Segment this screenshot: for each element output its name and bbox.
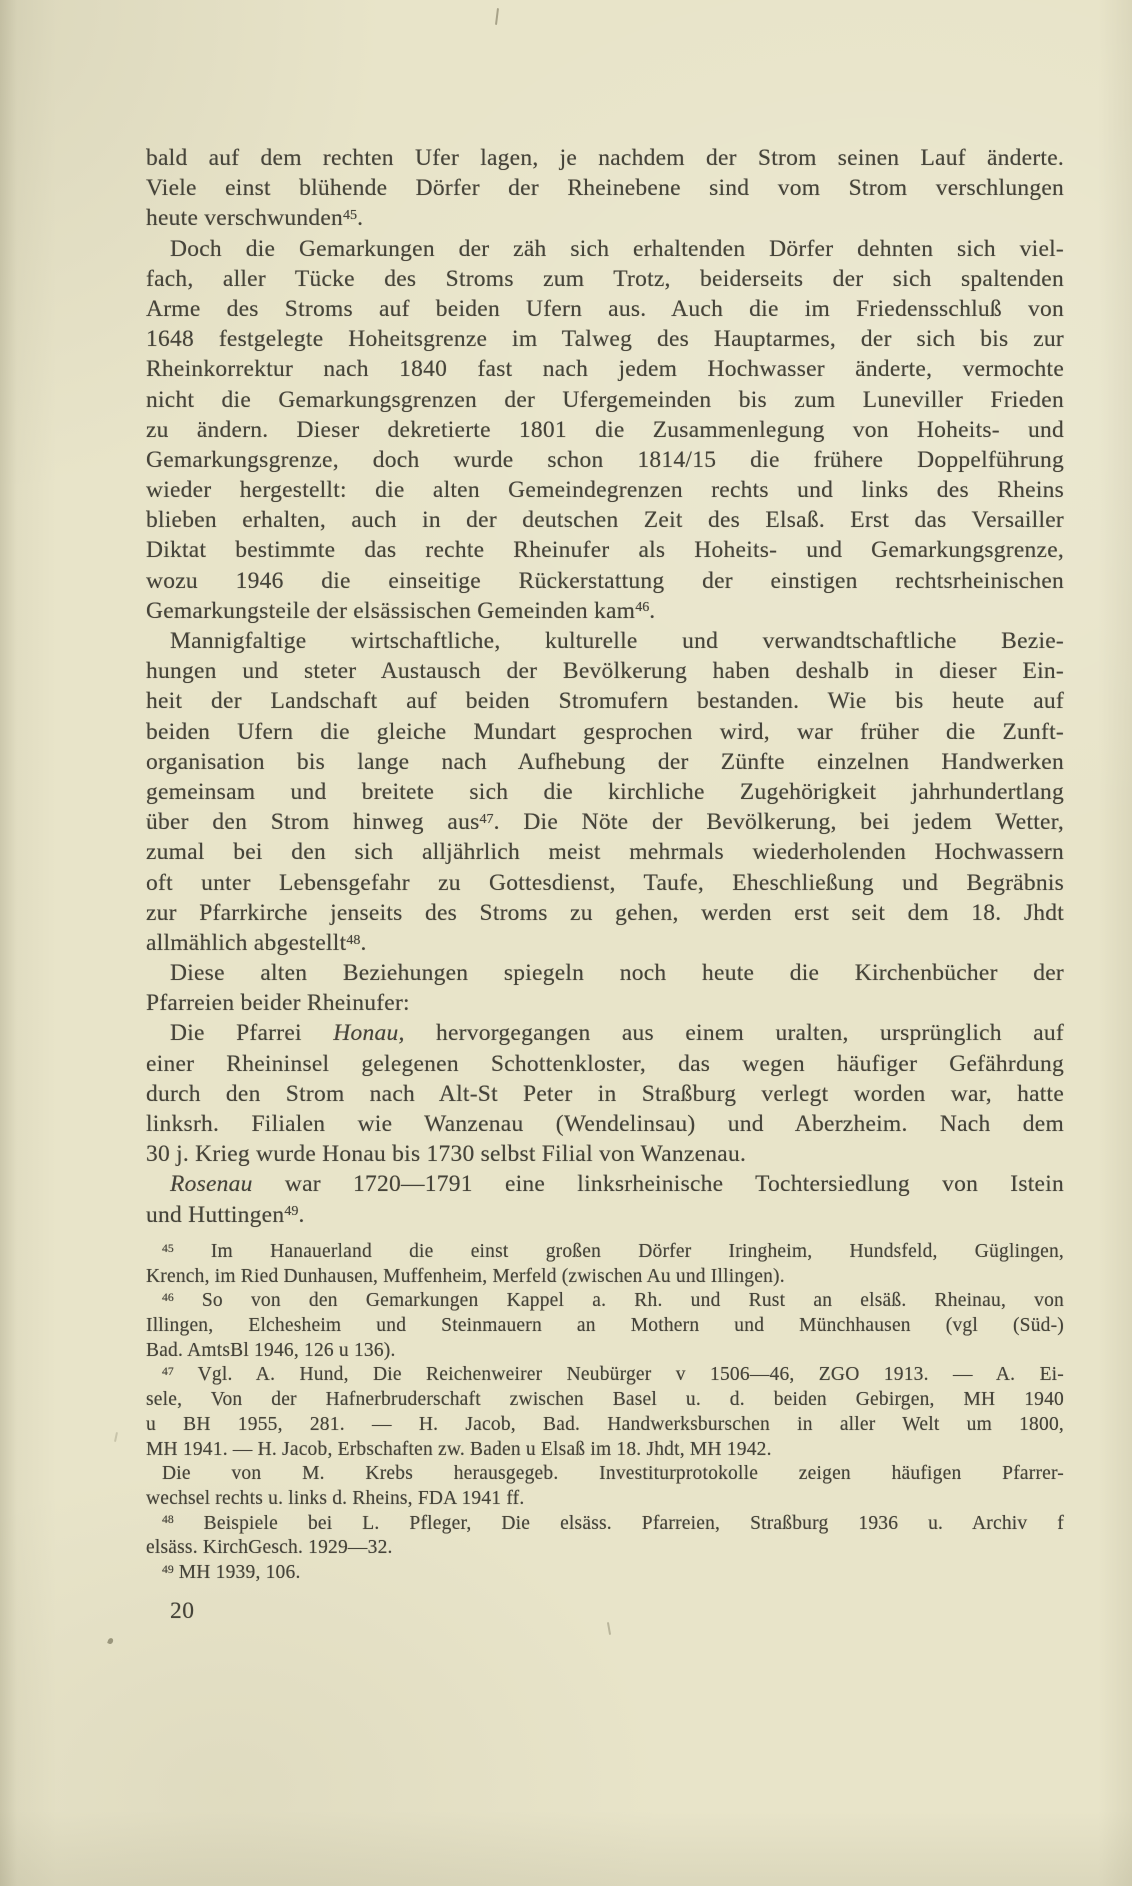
paragraph: Rosenau war 1720—1791 eine linksrheinisc… xyxy=(146,1169,1064,1229)
text-segment: Gemarkungsgrenze, doch wurde schon 1814/… xyxy=(146,447,1064,473)
text-line: 30 j. Krieg wurde Honau bis 1730 selbst … xyxy=(146,1139,1064,1169)
text-line: Die von M. Krebs herausgegeb. Investitur… xyxy=(146,1462,1064,1487)
footnote-marker: 47 xyxy=(162,1365,174,1378)
text-segment: Mannigfaltige wirtschaftliche, kulturell… xyxy=(170,628,1064,654)
body-text: bald auf dem rechten Ufer lagen, je nach… xyxy=(146,143,1064,1230)
text-segment: Illingen, Elchesheim und Steinmauern an … xyxy=(146,1315,1064,1336)
text-segment: MH 1941. — H. Jacob, Erbschaften zw. Bad… xyxy=(146,1439,772,1460)
text-segment: Die von M. Krebs herausgegeb. Investitur… xyxy=(162,1463,1064,1484)
text-line: Rosenau war 1720—1791 eine linksrheinisc… xyxy=(146,1169,1064,1199)
text-line: über den Strom hinweg aus47. Die Nöte de… xyxy=(146,807,1064,837)
text-segment: Beispiele bei L. Pfleger, Die elsäss. Pf… xyxy=(174,1513,1064,1534)
text-segment: oft unter Lebensgefahr zu Gottesdienst, … xyxy=(146,870,1064,896)
text-segment: Viele einst blühende Dörfer der Rheinebe… xyxy=(146,175,1064,201)
text-segment: gemeinsam und breitete sich die kirchlic… xyxy=(146,779,1064,805)
text-segment: Rheinkorrektur nach 1840 fast nach jedem… xyxy=(146,356,1064,382)
text-line: hungen und steter Austausch der Bevölker… xyxy=(146,656,1064,686)
footnote-marker: 45 xyxy=(162,1242,174,1255)
text-line: bald auf dem rechten Ufer lagen, je nach… xyxy=(146,143,1064,173)
text-line: Gemarkungsteile der elsässischen Gemeind… xyxy=(146,596,1064,626)
text-line: zumal bei den sich alljährlich meist meh… xyxy=(146,837,1064,867)
text-segment: Bad. AmtsBl 1946, 126 u 136). xyxy=(146,1340,396,1361)
text-line: MH 1941. — H. Jacob, Erbschaften zw. Bad… xyxy=(146,1438,1064,1463)
text-segment: Krench, im Ried Dunhausen, Muffenheim, M… xyxy=(146,1266,785,1287)
text-line: Doch die Gemarkungen der zäh sich erhalt… xyxy=(146,234,1064,264)
text-segment: linksrh. Filialen wie Wanzenau (Wendelin… xyxy=(146,1111,1064,1137)
text-line: 46 So von den Gemarkungen Kappel a. Rh. … xyxy=(146,1289,1064,1314)
text-line: Illingen, Elchesheim und Steinmauern an … xyxy=(146,1314,1064,1339)
text-line: wozu 1946 die einseitige Rückerstattung … xyxy=(146,566,1064,596)
text-line: allmählich abgestellt48. xyxy=(146,928,1064,958)
text-segment: heit der Landschaft auf beiden Stromufer… xyxy=(146,688,1064,714)
text-line: elsäss. KirchGesch. 1929—32. xyxy=(146,1536,1064,1561)
text-segment: wechsel rechts u. links d. Rheins, FDA 1… xyxy=(146,1488,524,1509)
text-segment: . xyxy=(357,205,363,231)
text-line: fach, aller Tücke des Stroms zum Trotz, … xyxy=(146,264,1064,294)
text-line: Bad. AmtsBl 1946, 126 u 136). xyxy=(146,1339,1064,1364)
text-line: Rheinkorrektur nach 1840 fast nach jedem… xyxy=(146,354,1064,384)
scan-speck xyxy=(607,1622,611,1635)
footnote-45: 45 Im Hanauerland die einst großen Dörfe… xyxy=(146,1240,1064,1289)
text-line: 45 Im Hanauerland die einst großen Dörfe… xyxy=(146,1240,1064,1265)
italic-text: Honau, xyxy=(333,1020,404,1046)
text-line: zur Pfarrkirche jenseits des Stroms zu g… xyxy=(146,898,1064,928)
footnote-marker: 48 xyxy=(162,1513,174,1526)
text-segment: So von den Gemarkungen Kappel a. Rh. und… xyxy=(174,1290,1064,1311)
paragraph: Mannigfaltige wirtschaftliche, kulturell… xyxy=(146,626,1064,958)
text-line: beiden Ufern die gleiche Mundart gesproc… xyxy=(146,717,1064,747)
text-segment: . xyxy=(360,930,366,956)
footnote-47: 47 Vgl. A. Hund, Die Reichenweirer Neubü… xyxy=(146,1363,1064,1511)
footnote-marker: 46 xyxy=(162,1291,174,1304)
text-segment: zumal bei den sich alljährlich meist meh… xyxy=(146,839,1064,865)
text-line: Gemarkungsgrenze, doch wurde schon 1814/… xyxy=(146,445,1064,475)
text-segment: Diese alten Beziehungen spiegeln noch he… xyxy=(170,960,1064,986)
footnote-48: 48 Beispiele bei L. Pfleger, Die elsäss.… xyxy=(146,1512,1064,1561)
footnote-46: 46 So von den Gemarkungen Kappel a. Rh. … xyxy=(146,1289,1064,1363)
text-segment: zur Pfarrkirche jenseits des Stroms zu g… xyxy=(146,900,1064,926)
text-line: 49 MH 1939, 106. xyxy=(146,1561,1064,1586)
text-line: gemeinsam und breitete sich die kirchlic… xyxy=(146,777,1064,807)
text-line: Pfarreien beider Rheinufer: xyxy=(146,988,1064,1018)
paragraph: Diese alten Beziehungen spiegeln noch he… xyxy=(146,958,1064,1018)
text-segment: zu ändern. Dieser dekretierte 1801 die Z… xyxy=(146,417,1064,443)
text-line: linksrh. Filialen wie Wanzenau (Wendelin… xyxy=(146,1109,1064,1139)
scan-speck xyxy=(114,1432,118,1442)
text-segment: Gemarkungsteile der elsässischen Gemeind… xyxy=(146,598,635,624)
text-segment: wozu 1946 die einseitige Rückerstattung … xyxy=(146,568,1064,594)
text-line: wechsel rechts u. links d. Rheins, FDA 1… xyxy=(146,1487,1064,1512)
text-line: heute verschwunden45. xyxy=(146,203,1064,233)
text-line: Mannigfaltige wirtschaftliche, kulturell… xyxy=(146,626,1064,656)
text-segment: beiden Ufern die gleiche Mundart gesproc… xyxy=(146,719,1064,745)
text-segment: . Die Nöte der Bevölkerung, bei jedem We… xyxy=(494,809,1064,835)
footnote-marker: 45 xyxy=(343,207,357,223)
page-number: 20 xyxy=(170,1598,195,1625)
text-segment: 30 j. Krieg wurde Honau bis 1730 selbst … xyxy=(146,1141,746,1167)
text-line: u BH 1955, 281. — H. Jacob, Bad. Handwer… xyxy=(146,1413,1064,1438)
paragraph: Die Pfarrei Honau, hervorgegangen aus ei… xyxy=(146,1018,1064,1169)
text-line: sele, Von der Hafnerbruderschaft zwische… xyxy=(146,1388,1064,1413)
text-line: Die Pfarrei Honau, hervorgegangen aus ei… xyxy=(146,1018,1064,1048)
paragraph: Doch die Gemarkungen der zäh sich erhalt… xyxy=(146,234,1064,626)
text-segment: sele, Von der Hafnerbruderschaft zwische… xyxy=(146,1389,1064,1410)
text-segment: bald auf dem rechten Ufer lagen, je nach… xyxy=(146,145,1064,171)
text-segment: war 1720—1791 eine linksrheinische Tocht… xyxy=(253,1171,1064,1197)
footnote-marker: 47 xyxy=(479,811,493,827)
text-segment: . xyxy=(298,1202,304,1228)
text-line: oft unter Lebensgefahr zu Gottesdienst, … xyxy=(146,868,1064,898)
text-line: zu ändern. Dieser dekretierte 1801 die Z… xyxy=(146,415,1064,445)
text-line: einer Rheininsel gelegenen Schottenklost… xyxy=(146,1049,1064,1079)
text-segment: wieder hergestellt: die alten Gemeindegr… xyxy=(146,477,1064,503)
text-segment: fach, aller Tücke des Stroms zum Trotz, … xyxy=(146,266,1064,292)
text-segment: Arme des Stroms auf beiden Ufern aus. Au… xyxy=(146,296,1064,322)
text-segment: elsäss. KirchGesch. 1929—32. xyxy=(146,1537,393,1558)
text-line: Viele einst blühende Dörfer der Rheinebe… xyxy=(146,173,1064,203)
text-line: Diktat bestimmte das rechte Rheinufer al… xyxy=(146,535,1064,565)
text-segment: Im Hanauerland die einst großen Dörfer I… xyxy=(174,1241,1064,1262)
text-line: 48 Beispiele bei L. Pfleger, Die elsäss.… xyxy=(146,1512,1064,1537)
footnotes: 45 Im Hanauerland die einst großen Dörfe… xyxy=(146,1240,1064,1586)
text-segment: Vgl. A. Hund, Die Reichenweirer Neubürge… xyxy=(174,1364,1064,1385)
text-segment: allmählich abgestellt xyxy=(146,930,346,956)
footnote-49: 49 MH 1939, 106. xyxy=(146,1561,1064,1586)
text-line: Arme des Stroms auf beiden Ufern aus. Au… xyxy=(146,294,1064,324)
text-line: organisation bis lange nach Aufhebung de… xyxy=(146,747,1064,777)
text-segment: einer Rheininsel gelegenen Schottenklost… xyxy=(146,1051,1064,1077)
text-segment: durch den Strom nach Alt-St Peter in Str… xyxy=(146,1081,1064,1107)
text-segment: nicht die Gemarkungsgrenzen der Ufergeme… xyxy=(146,387,1064,413)
text-segment: hungen und steter Austausch der Bevölker… xyxy=(146,658,1064,684)
text-line: und Huttingen49. xyxy=(146,1200,1064,1230)
text-segment: organisation bis lange nach Aufhebung de… xyxy=(146,749,1064,775)
scanned-book-page: bald auf dem rechten Ufer lagen, je nach… xyxy=(0,0,1132,1886)
footnote-marker: 49 xyxy=(284,1203,298,1219)
text-segment: blieben erhalten, auch in der deutschen … xyxy=(146,507,1064,533)
text-line: blieben erhalten, auch in der deutschen … xyxy=(146,505,1064,535)
text-segment: über den Strom hinweg aus xyxy=(146,809,479,835)
text-segment: MH 1939, 106. xyxy=(174,1562,301,1583)
footnote-marker: 48 xyxy=(346,932,360,948)
text-line: Diese alten Beziehungen spiegeln noch he… xyxy=(146,958,1064,988)
text-segment: Diktat bestimmte das rechte Rheinufer al… xyxy=(146,537,1064,563)
text-segment: und Huttingen xyxy=(146,1202,284,1228)
text-segment: heute verschwunden xyxy=(146,205,343,231)
text-segment: Die Pfarrei xyxy=(170,1020,333,1046)
text-line: heit der Landschaft auf beiden Stromufer… xyxy=(146,686,1064,716)
text-segment: hervorgegangen aus einem uralten, ursprü… xyxy=(405,1020,1064,1046)
footnote-marker: 49 xyxy=(162,1563,174,1576)
text-segment: Doch die Gemarkungen der zäh sich erhalt… xyxy=(170,236,1064,262)
footnote-marker: 46 xyxy=(635,599,649,615)
scan-speck xyxy=(107,1637,114,1644)
text-line: nicht die Gemarkungsgrenzen der Ufergeme… xyxy=(146,385,1064,415)
text-segment: . xyxy=(649,598,655,624)
text-line: 1648 festgelegte Hoheitsgrenze im Talweg… xyxy=(146,324,1064,354)
italic-text: Rosenau xyxy=(170,1171,253,1197)
text-segment: 1648 festgelegte Hoheitsgrenze im Talweg… xyxy=(146,326,1064,352)
paragraph: bald auf dem rechten Ufer lagen, je nach… xyxy=(146,143,1064,234)
text-line: 47 Vgl. A. Hund, Die Reichenweirer Neubü… xyxy=(146,1363,1064,1388)
text-segment: Pfarreien beider Rheinufer: xyxy=(146,990,410,1016)
scan-speck xyxy=(495,8,499,25)
text-segment: u BH 1955, 281. — H. Jacob, Bad. Handwer… xyxy=(146,1414,1064,1435)
text-line: durch den Strom nach Alt-St Peter in Str… xyxy=(146,1079,1064,1109)
text-line: wieder hergestellt: die alten Gemeindegr… xyxy=(146,475,1064,505)
text-line: Krench, im Ried Dunhausen, Muffenheim, M… xyxy=(146,1265,1064,1290)
